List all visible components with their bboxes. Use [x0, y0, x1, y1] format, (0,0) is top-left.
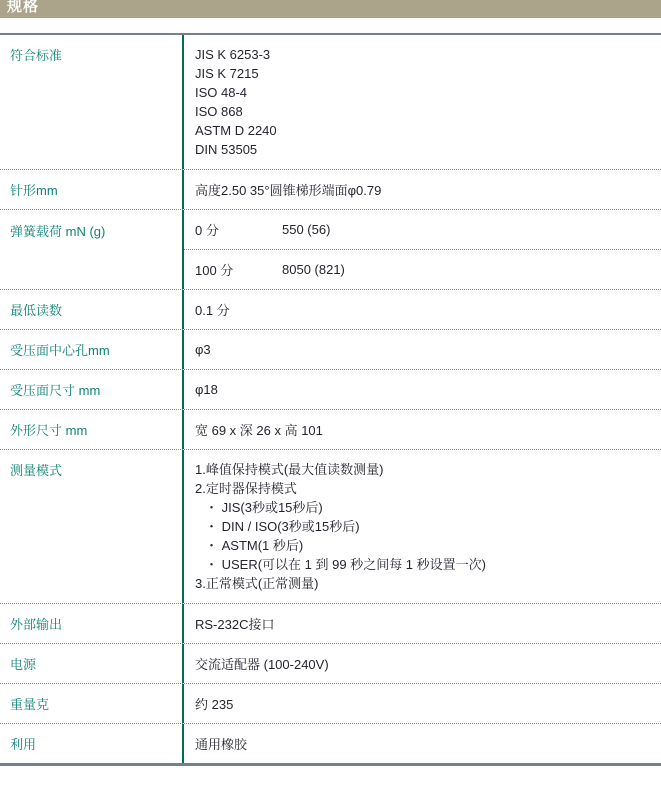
value-line: ASTM D 2240	[195, 121, 661, 140]
table-row-application: 利用 通用橡胶	[0, 724, 661, 763]
section-title: 规格	[7, 0, 661, 16]
row-value: 1.峰值保持模式(最大值读数测量) 2.定时器保持模式 ・ JIS(3秒或15秒…	[184, 450, 661, 603]
row-value: φ18	[184, 370, 661, 409]
row-value: 0 分 550 (56) 100 分 8050 (821)	[184, 210, 661, 289]
subrow-value: 550 (56)	[282, 222, 330, 237]
spec-table: 符合标准 JIS K 6253-3 JIS K 7215 ISO 48-4 IS…	[0, 33, 661, 766]
table-row-external-output: 外部输出 RS-232C接口	[0, 604, 661, 644]
table-row-min-reading: 最低读数 0.1 分	[0, 290, 661, 330]
row-label: 测量模式	[0, 450, 184, 603]
row-label: 最低读数	[0, 290, 184, 329]
table-row-center-hole: 受压面中心孔mm φ3	[0, 330, 661, 370]
row-value: 高度2.50 35°圆锥梯形端面φ0.79	[184, 170, 661, 209]
row-label: 电源	[0, 644, 184, 683]
row-value: 0.1 分	[184, 290, 661, 329]
row-value: RS-232C接口	[184, 604, 661, 643]
value-line: DIN 53505	[195, 140, 661, 159]
row-value: φ3	[184, 330, 661, 369]
table-row-face-size: 受压面尺寸 mm φ18	[0, 370, 661, 410]
value-line: ・ USER(可以在 1 到 99 秒之间每 1 秒设置一次)	[195, 555, 661, 574]
row-value: JIS K 6253-3 JIS K 7215 ISO 48-4 ISO 868…	[184, 35, 661, 169]
row-label: 弹簧载荷 mN (g)	[0, 210, 184, 289]
table-row-weight: 重量克 约 235	[0, 684, 661, 724]
value-line: 2.定时器保持模式	[195, 479, 661, 498]
value-line: ・ DIN / ISO(3秒或15秒后)	[195, 517, 661, 536]
table-row-dimensions: 外形尺寸 mm 宽 69 x 深 26 x 高 101	[0, 410, 661, 450]
section-header-bar: 规格	[0, 0, 661, 18]
value-line: ISO 868	[195, 102, 661, 121]
row-label: 符合标准	[0, 35, 184, 169]
row-label: 重量克	[0, 684, 184, 723]
value-line: ・ JIS(3秒或15秒后)	[195, 498, 661, 517]
row-value: 交流适配器 (100-240V)	[184, 644, 661, 683]
row-label: 利用	[0, 724, 184, 763]
row-label: 受压面尺寸 mm	[0, 370, 184, 409]
value-line: ISO 48-4	[195, 83, 661, 102]
value-line: JIS K 7215	[195, 64, 661, 83]
row-label: 针形mm	[0, 170, 184, 209]
row-label: 外形尺寸 mm	[0, 410, 184, 449]
spring-load-subrow: 100 分 8050 (821)	[184, 250, 661, 289]
row-value: 宽 69 x 深 26 x 高 101	[184, 410, 661, 449]
table-row-measure-modes: 测量模式 1.峰值保持模式(最大值读数测量) 2.定时器保持模式 ・ JIS(3…	[0, 450, 661, 604]
table-row-power: 电源 交流适配器 (100-240V)	[0, 644, 661, 684]
spring-load-subrow: 0 分 550 (56)	[184, 210, 661, 250]
value-line: JIS K 6253-3	[195, 45, 661, 64]
row-label: 受压面中心孔mm	[0, 330, 184, 369]
table-row-standards: 符合标准 JIS K 6253-3 JIS K 7215 ISO 48-4 IS…	[0, 35, 661, 170]
row-value: 约 235	[184, 684, 661, 723]
value-line: ・ ASTM(1 秒后)	[195, 536, 661, 555]
row-value: 通用橡胶	[184, 724, 661, 763]
value-line: 1.峰值保持模式(最大值读数测量)	[195, 460, 661, 479]
table-row-needle-shape: 针形mm 高度2.50 35°圆锥梯形端面φ0.79	[0, 170, 661, 210]
spec-page: 规格 符合标准 JIS K 6253-3 JIS K 7215 ISO 48-4…	[0, 0, 661, 786]
subrow-name: 100 分	[195, 260, 282, 279]
row-label: 外部输出	[0, 604, 184, 643]
subrow-value: 8050 (821)	[282, 262, 345, 277]
subrow-name: 0 分	[195, 220, 282, 239]
value-line: 3.正常模式(正常测量)	[195, 574, 661, 593]
table-row-spring-load: 弹簧载荷 mN (g) 0 分 550 (56) 100 分 8050 (821…	[0, 210, 661, 290]
